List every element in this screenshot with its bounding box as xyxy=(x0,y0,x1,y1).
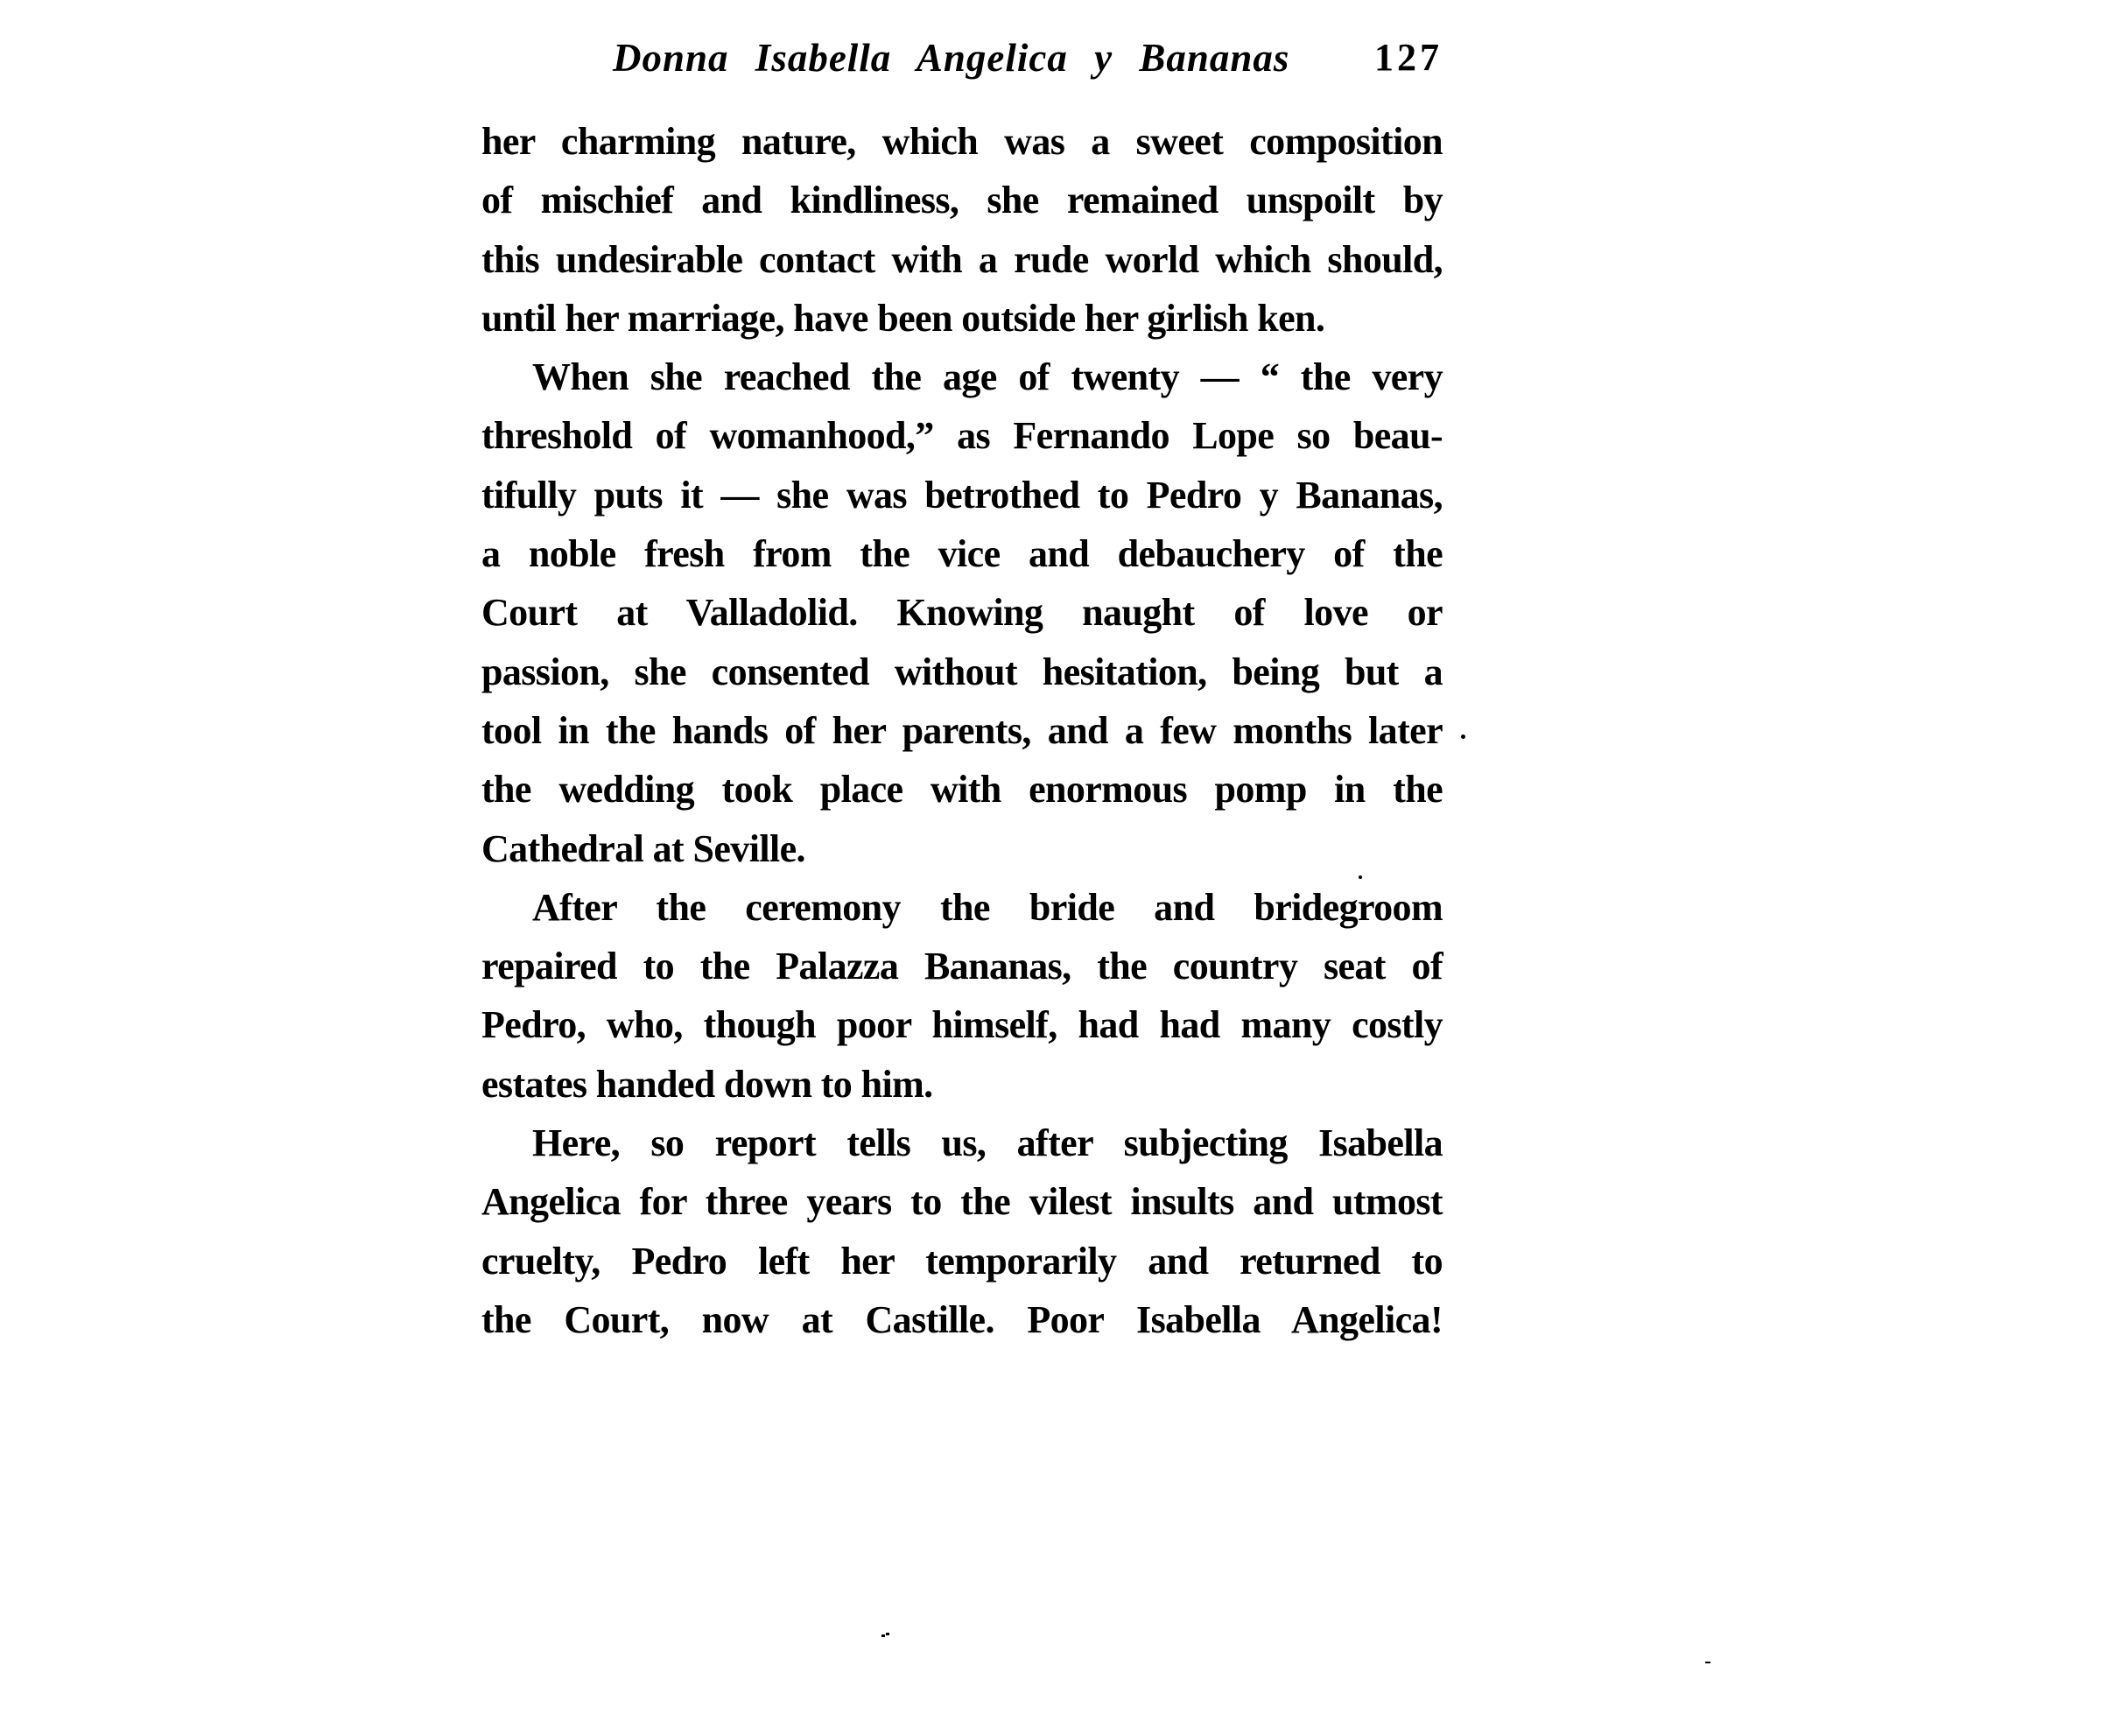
body-text: her charming nature, which was a sweet c… xyxy=(481,112,1443,1349)
text-line: repaired to the Palazza Bananas, the cou… xyxy=(481,937,1443,995)
text-line: Court at Valladolid. Knowing naught of l… xyxy=(481,583,1443,642)
book-page: Donna Isabella Angelica y Bananas 127 he… xyxy=(0,0,2114,1736)
running-head: Donna Isabella Angelica y Bananas 127 xyxy=(613,33,1444,86)
text-line: tool in the hands of her parents, and a … xyxy=(481,701,1443,760)
scan-speck xyxy=(1359,875,1362,879)
text-line: a noble fresh from the vice and debauche… xyxy=(481,524,1443,583)
text-line: After the ceremony the bride and bridegr… xyxy=(481,878,1443,937)
text-line: passion, she consented without hesitatio… xyxy=(481,643,1443,701)
paragraph: When she reached the age of twenty — “ t… xyxy=(481,348,1443,878)
text-line: Here, so report tells us, after subjecti… xyxy=(481,1114,1443,1172)
paragraph: After the ceremony the bride and bridegr… xyxy=(481,878,1443,1114)
page-number: 127 xyxy=(1374,33,1443,82)
text-line: this undesirable contact with a rude wor… xyxy=(481,230,1443,289)
running-title: Donna Isabella Angelica y Bananas xyxy=(613,33,1289,82)
text-line: cruelty, Pedro left her temporarily and … xyxy=(481,1232,1443,1290)
text-line: the wedding took place with enormous pom… xyxy=(481,760,1443,819)
text-line: When she reached the age of twenty — “ t… xyxy=(481,348,1443,406)
scan-speck xyxy=(886,1633,889,1635)
scan-speck xyxy=(1705,1662,1710,1663)
text-line: until her marriage, have been outside he… xyxy=(481,289,1443,348)
scan-speck xyxy=(1461,734,1465,739)
text-line: the Court, now at Castille. Poor Isabell… xyxy=(481,1290,1443,1349)
paragraph: her charming nature, which was a sweet c… xyxy=(481,112,1443,348)
text-line: of mischief and kindliness, she remained… xyxy=(481,171,1443,229)
text-line: threshold of womanhood,” as Fernando Lop… xyxy=(481,406,1443,465)
text-line: tifully puts it — she was betrothed to P… xyxy=(481,466,1443,524)
text-line: Angelica for three years to the vilest i… xyxy=(481,1172,1443,1231)
scan-speck xyxy=(881,1634,885,1637)
text-line: estates handed down to him. xyxy=(481,1055,1443,1114)
text-line: Pedro, who, though poor himself, had had… xyxy=(481,995,1443,1054)
paragraph: Here, so report tells us, after subjecti… xyxy=(481,1114,1443,1349)
text-line: Cathedral at Seville. xyxy=(481,819,1443,878)
text-line: her charming nature, which was a sweet c… xyxy=(481,112,1443,171)
